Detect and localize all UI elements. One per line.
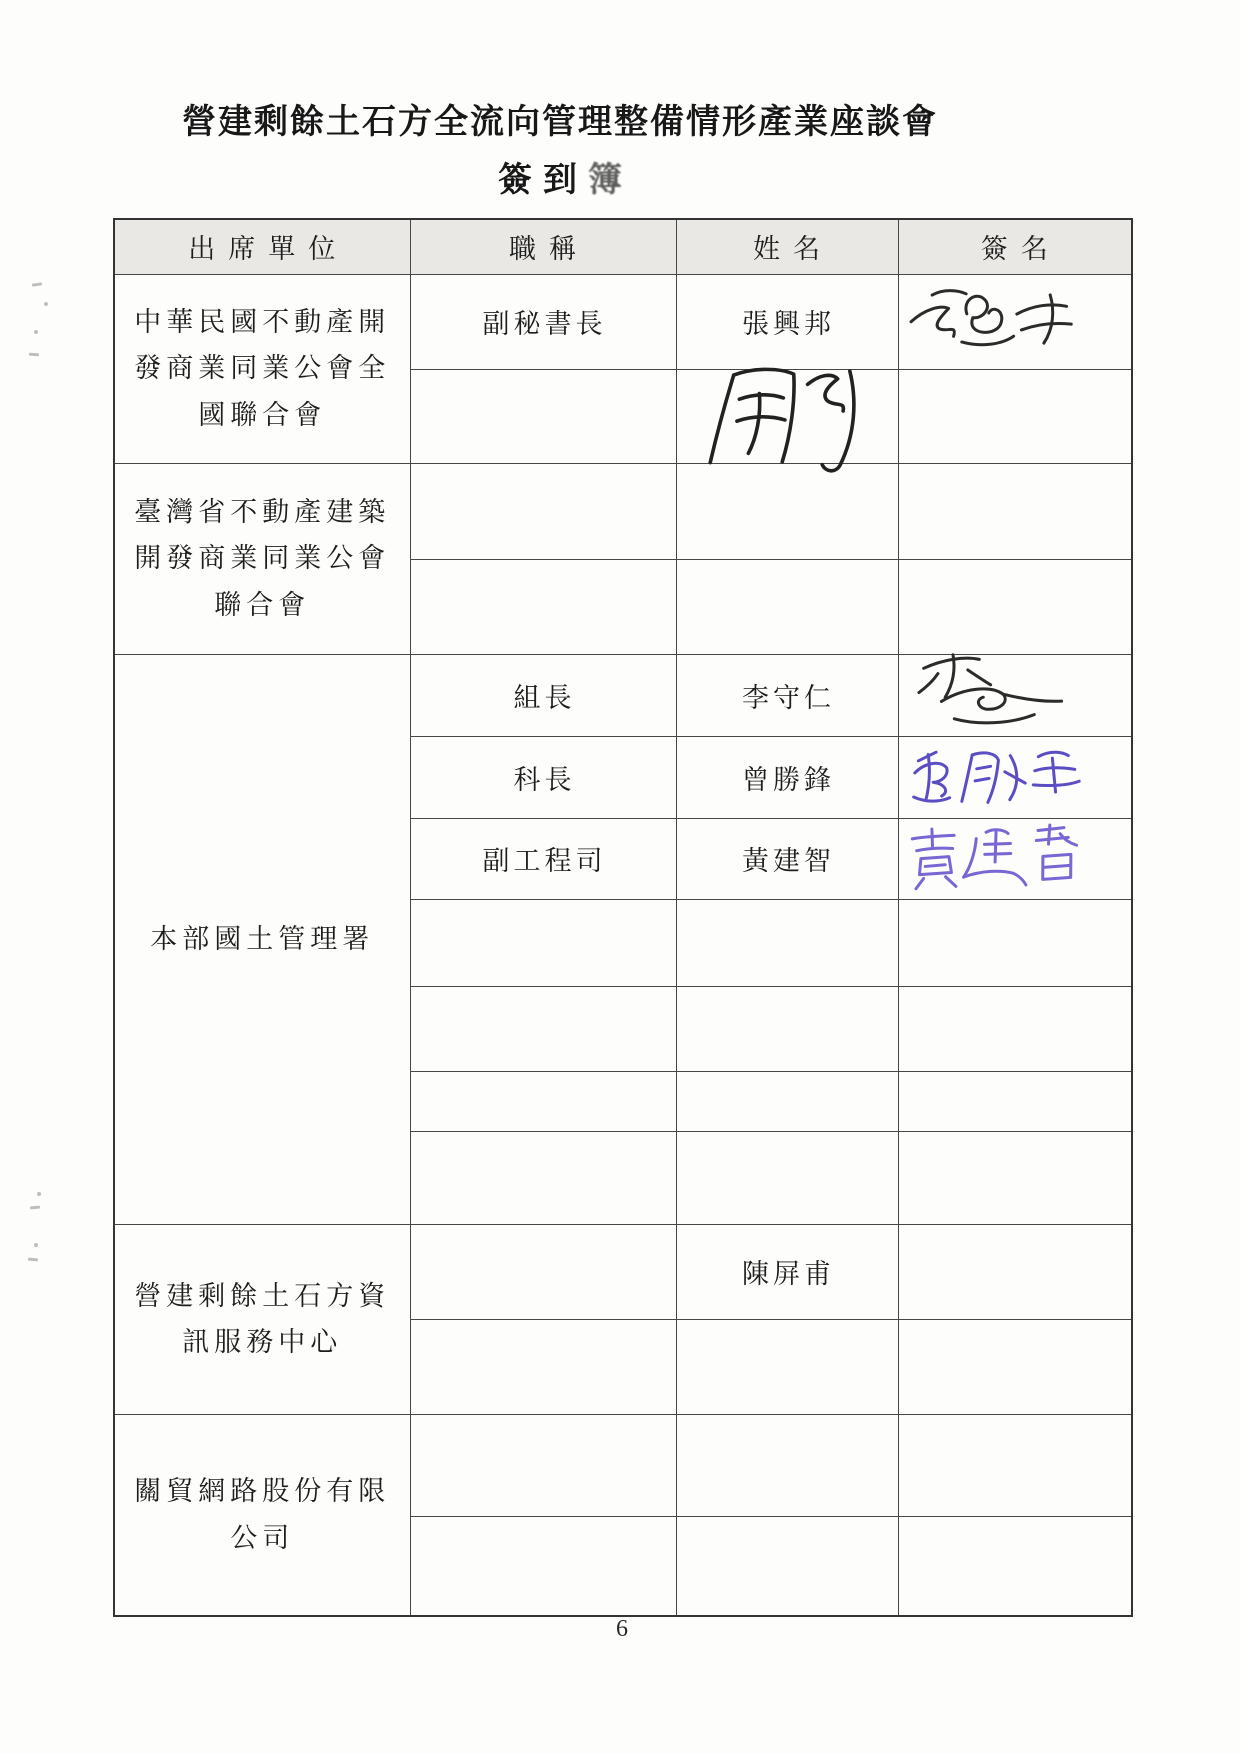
column-header-position: 職稱 [410,219,676,274]
title-line-2: 簽到簿 [30,152,1090,201]
name-cell-g3r7 [676,1131,898,1224]
unit-cell-group4: 營建剩餘土石方資訊服務中心 [114,1224,410,1414]
signature-cell-g4r1 [898,1224,1132,1319]
position-cell-g3r4 [410,899,676,986]
title-line-2-smudged-char: 簿 [588,162,633,199]
name-cell-g3r2: 曾勝鋒 [676,736,898,818]
position-cell-g5r1 [410,1414,676,1516]
title-line-2-text: 簽到 [498,162,588,199]
signature-cell-g2r1 [898,463,1132,559]
signature-cell-g3r6 [898,1071,1132,1131]
table-row: 本部國土管理署 組長 李守仁 [114,654,1132,736]
position-cell-g3r3: 副工程司 [410,818,676,899]
column-header-signature: 簽名 [898,219,1132,274]
name-cell-g3r5 [676,986,898,1071]
position-cell-g4r2 [410,1319,676,1414]
position-cell-g4r1 [410,1224,676,1319]
header-row: 出席單位 職稱 姓名 簽名 [114,219,1132,274]
position-cell-g1r1: 副秘書長 [410,274,676,369]
table-row: 關貿網路股份有限公司 [114,1414,1132,1516]
signature-cell-g5r2 [898,1516,1132,1616]
name-cell-g2r1 [676,463,898,559]
column-header-name: 姓名 [676,219,898,274]
position-cell-g3r5 [410,986,676,1071]
position-cell-g3r1: 組長 [410,654,676,736]
position-cell-g3r7 [410,1131,676,1224]
signature-cell-g3r1 [898,654,1132,736]
page-number: 6 [113,1616,1131,1643]
signin-table: 出席單位 職稱 姓名 簽名 中華民國不動產開發商業同業公會全國聯合會 副秘書長 … [113,218,1133,1617]
signature-cell-g3r5 [898,986,1132,1071]
signature-cell-g3r3 [898,818,1132,899]
title-line-1: 營建剩餘土石方全流向管理整備情形產業座談會 [30,94,1090,143]
signature-cell-g4r2 [898,1319,1132,1414]
signature-cell-g5r1 [898,1414,1132,1516]
name-cell-g3r3: 黃建智 [676,818,898,899]
scan-artifact [29,353,39,357]
signature-scribble-zeng-shengfeng [905,738,1092,814]
position-cell-g5r2 [410,1516,676,1616]
name-cell-g1r2 [676,369,898,463]
signature-scribble-li-shouren [902,642,1071,741]
scanned-sign-in-sheet: 營建剩餘土石方全流向管理整備情形產業座談會 簽到簿 出席單位 職稱 姓名 簽名 … [0,0,1240,1754]
column-header-unit: 出席單位 [114,219,410,274]
unit-cell-group2: 臺灣省不動產建築開發商業同業公會聯合會 [114,463,410,654]
name-cell-g4r1: 陳屏甫 [676,1224,898,1319]
scan-artifact [34,330,38,334]
name-cell-g5r2 [676,1516,898,1616]
signature-cell-g3r4 [898,899,1132,986]
signature-cell-g3r7 [898,1131,1132,1224]
signature-cell-g1r1 [898,274,1132,369]
signature-cell-g1r2 [898,369,1132,463]
name-cell-g2r2 [676,559,898,654]
signature-scribble-huang-jianzhi [903,818,1086,899]
name-cell-g4r2 [676,1319,898,1414]
scan-artifact [44,302,48,306]
unit-cell-group3: 本部國土管理署 [114,654,410,1224]
position-cell-g2r1 [410,463,676,559]
position-cell-g1r2 [410,369,676,463]
name-cell-g3r4 [676,899,898,986]
scan-artifact [30,1205,40,1209]
signature-cell-g2r2 [898,559,1132,654]
scan-artifact [37,1192,41,1196]
scan-artifact [28,1258,38,1262]
signature-scribble-zhang-xingbang [903,276,1076,362]
table-row: 營建剩餘土石方資訊服務中心 陳屏甫 [114,1224,1132,1319]
position-cell-g3r2: 科長 [410,736,676,818]
name-cell-g5r1 [676,1414,898,1516]
unit-cell-group5: 關貿網路股份有限公司 [114,1414,410,1616]
document-title: 營建剩餘土石方全流向管理整備情形產業座談會 簽到簿 [30,94,1090,201]
signature-scribble-unnamed [694,358,881,476]
signature-cell-g3r2 [898,736,1132,818]
table-row: 臺灣省不動產建築開發商業同業公會聯合會 [114,463,1132,559]
position-cell-g2r2 [410,559,676,654]
table-row: 中華民國不動產開發商業同業公會全國聯合會 副秘書長 張興邦 [114,274,1132,369]
unit-cell-group1: 中華民國不動產開發商業同業公會全國聯合會 [114,274,410,463]
name-cell-g3r1: 李守仁 [676,654,898,736]
name-cell-g3r6 [676,1071,898,1131]
position-cell-g3r6 [410,1071,676,1131]
name-cell-g1r1: 張興邦 [676,274,898,369]
scan-artifact [32,282,42,286]
scan-artifact [34,1243,38,1247]
